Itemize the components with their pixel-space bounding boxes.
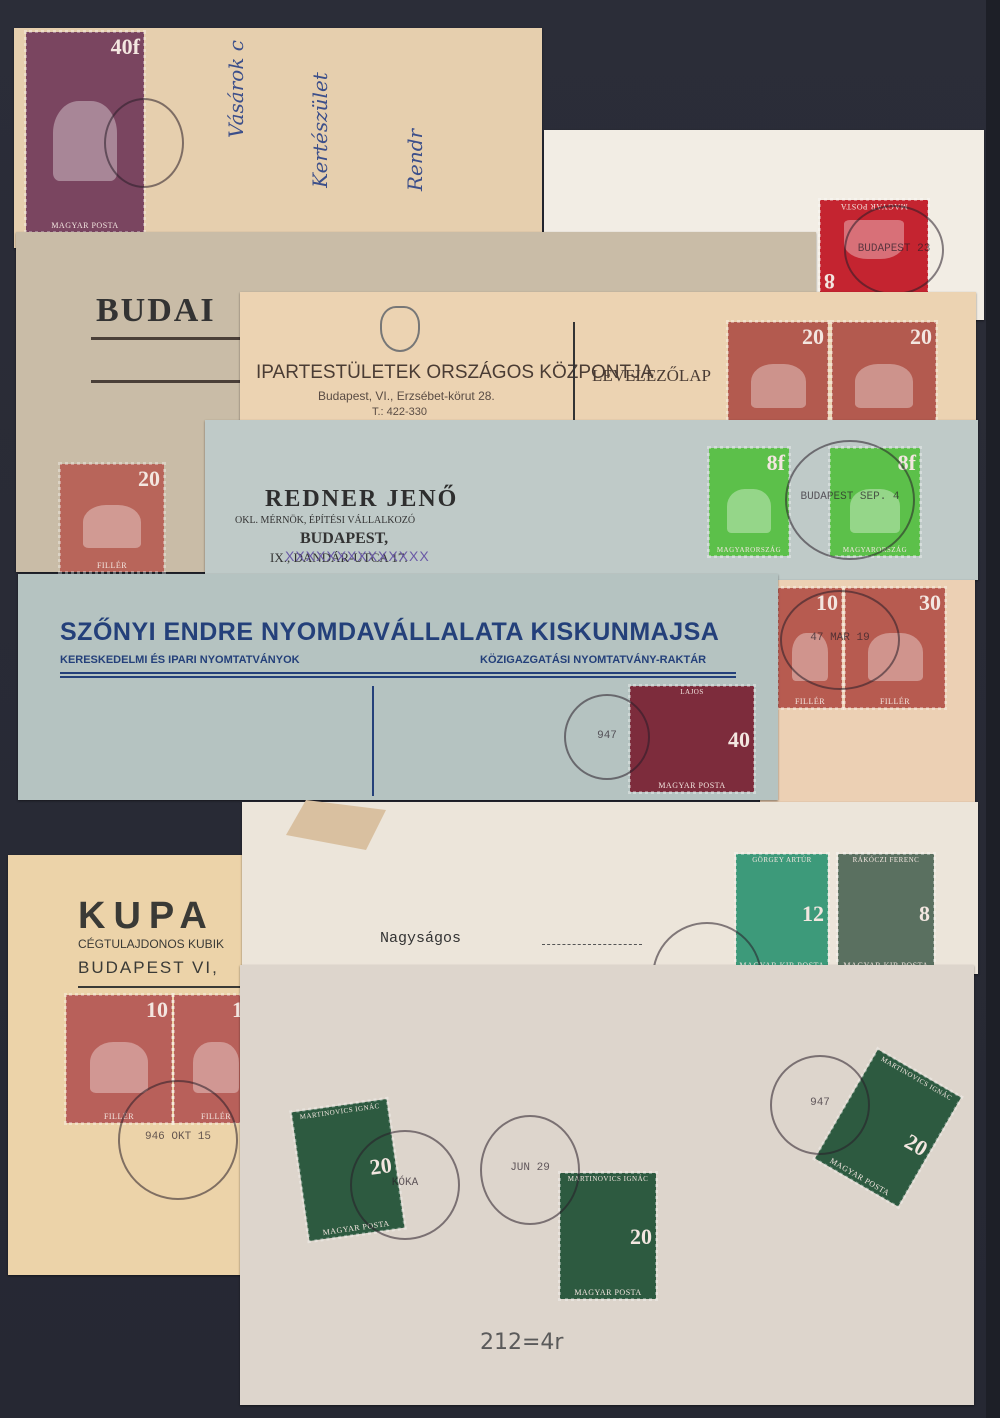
company-title: KUPA: [78, 895, 215, 938]
stamp: RÁKÓCZI FERENC 8 MAGYAR KIR POSTA: [838, 854, 934, 972]
handwriting: Kertészület: [308, 72, 332, 188]
back-envelope: MARTINOVICS IGNÁC 20 MAGYAR POSTA MARTIN…: [240, 965, 974, 1405]
sender-profession: OKL. MÉRNÖK, ÉPÍTÉSI VÁLLALKOZÓ: [235, 515, 415, 526]
handwriting: Rendr: [403, 129, 427, 191]
kupa-card: KUPA CÉGTULAJDONOS KUBIK BUDAPEST VI, 10…: [8, 855, 258, 1275]
torn-tab: [286, 800, 386, 850]
filler-card-right: 10 FILLÉR 30 FILLÉR 47 MAR 19: [760, 580, 975, 810]
rule: [60, 672, 736, 674]
postmark: 947: [770, 1055, 870, 1155]
sender-city: BUDAPEST,: [300, 530, 388, 548]
stamp-figure: [90, 1042, 148, 1093]
printer-sub-right: KÖZIGAZGATÁSI NYOMTATVÁNY-RAKTÁR: [480, 654, 706, 666]
overstrike: XXXXXXXXXXXXXX: [285, 548, 430, 564]
sender-name: REDNER JENŐ: [265, 486, 458, 513]
company-city: BUDAPEST VI,: [78, 958, 219, 978]
postmark: 946 OKT 15: [118, 1080, 238, 1200]
handwriting: Vásárok c: [224, 40, 248, 138]
printer-sub-left: KERESKEDELMI ÉS IPARI NYOMTATVÁNYOK: [60, 654, 300, 666]
postcard-top-left: 40f MAGYAR POSTA Vásárok c Kertészület R…: [14, 28, 542, 248]
postmark: KÓKA: [350, 1130, 460, 1240]
postmark: [104, 98, 184, 188]
stamp-portrait: [727, 489, 771, 532]
postmark: 947: [564, 694, 650, 780]
redner-envelope: REDNER JENŐ OKL. MÉRNÖK, ÉPÍTÉSI VÁLLALK…: [205, 420, 978, 580]
postmark: 47 MAR 19: [780, 590, 900, 690]
address-line: [542, 944, 642, 945]
stamp: 8f MAGYARORSZÁG: [709, 448, 789, 556]
ipartestuletek-card: IPARTESTÜLETEK ORSZÁGOS KÖZPONTJA Budape…: [240, 292, 976, 432]
stamp: 20 FILLÉR: [60, 464, 164, 572]
rule: [78, 986, 258, 988]
szonyi-envelope: SZŐNYI ENDRE NYOMDAVÁLLALATA KISKUNMAJSA…: [18, 574, 778, 800]
postmark: JUN 29: [480, 1115, 580, 1225]
company-sub: CÉGTULAJDONOS KUBIK: [78, 937, 224, 951]
rule: [91, 380, 241, 383]
printer-title: SZŐNYI ENDRE NYOMDAVÁLLALATA KISKUNMAJSA: [60, 618, 719, 647]
stamp: 20 FILLÉR: [728, 322, 828, 432]
pencil-note: 212=4r: [480, 1330, 563, 1355]
postmark: BUDAPEST SEP. 4: [785, 440, 915, 560]
stamp-figure: [83, 505, 140, 548]
divider: [573, 322, 575, 432]
nagysagos-envelope: Nagyságos GÖRGEY ARTÚR 12 MAGYAR KIR POS…: [242, 802, 978, 974]
stamp: 20 FILLÉR: [832, 322, 936, 432]
rule: [91, 337, 241, 340]
rule: [372, 686, 374, 796]
postmark: BUDAPEST 23: [844, 205, 944, 295]
album-edge: [986, 0, 1000, 1418]
salutation: Nagyságos: [380, 930, 461, 947]
org-phone: T.: 422-330: [372, 406, 427, 418]
card-label: LEVELEZŐLAP: [592, 366, 711, 386]
org-address: Budapest, VI., Erzsébet-körut 28.: [318, 389, 495, 403]
stamp-figure: [751, 364, 806, 408]
coat-of-arms-icon: [380, 306, 420, 352]
heading: BUDAI: [96, 292, 216, 330]
stamp-figure: [855, 364, 912, 408]
